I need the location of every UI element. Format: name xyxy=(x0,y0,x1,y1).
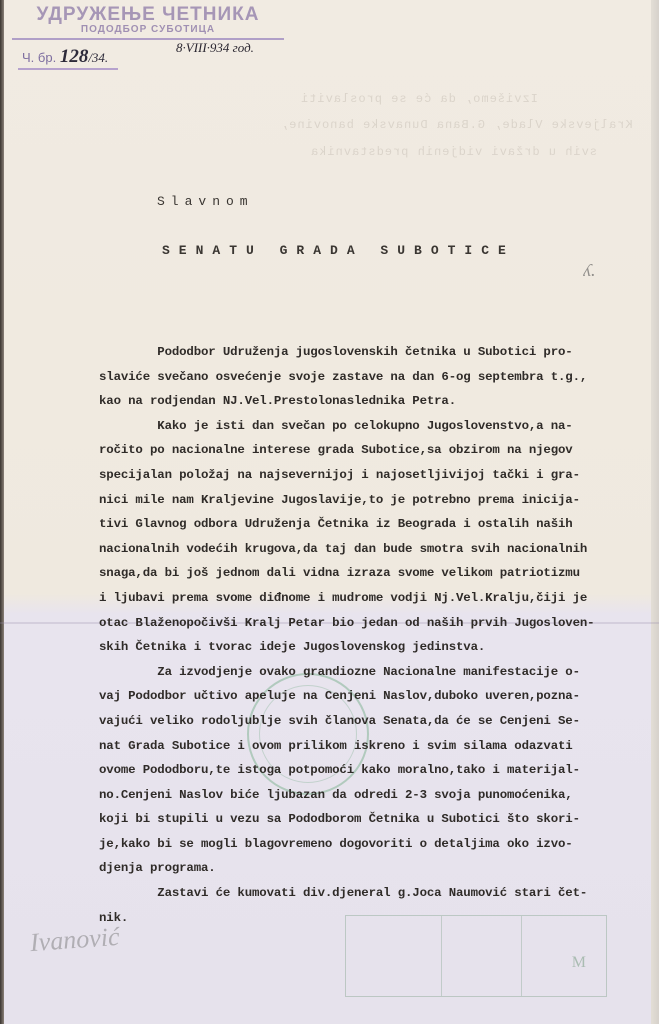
reference-number: Ч. бр. 128/34. xyxy=(22,46,108,68)
text-line: specijalan položaj na najsevernijoj i na… xyxy=(99,463,659,488)
text-line: ročito po nacionalne interese grada Subo… xyxy=(99,438,659,463)
text-line: Za izvodjenje ovako grandiozne Nacionaln… xyxy=(99,660,659,685)
text-line: ovome Pododboru,te istoga potpomoći kako… xyxy=(99,758,659,783)
text-line: nat Grada Subotice i ovom prilikom iskre… xyxy=(99,734,659,759)
text-line: vaj Pododbor učtivo apeluje na Cenjeni N… xyxy=(99,684,659,709)
reference-suffix: /34. xyxy=(88,50,108,65)
text-line: vajući veliko rodoljublje svih članova S… xyxy=(99,709,659,734)
bleed-through-line: Izvišemo, da će se proslaviti xyxy=(300,92,538,106)
paragraph-4: Zastavi će kumovati div.djeneral g.Joca … xyxy=(99,881,659,930)
page-edge-left xyxy=(0,0,4,1024)
text-line: nacionalnih vodećih krugova,da taj dan b… xyxy=(99,537,659,562)
text-line: Zastavi će kumovati div.djeneral g.Joca … xyxy=(99,881,659,906)
letterhead-suborganization: ПОДОДБОР СУБОТИЦА xyxy=(18,24,278,35)
bleed-through-line: Kraljevske Vlade, G.Bana Dunavske banovi… xyxy=(280,118,633,132)
text-line: snaga,da bi još jednom dali vidna izraza… xyxy=(99,561,659,586)
reference-underline xyxy=(18,68,118,70)
text-line: Pododbor Udruženja jugoslovenskih četnik… xyxy=(99,340,659,365)
text-line: nik. xyxy=(99,906,659,931)
document-page: Izvišemo, da će se proslaviti Kraljevske… xyxy=(0,0,659,1024)
paragraph-3: Za izvodjenje ovako grandiozne Nacionaln… xyxy=(99,660,659,881)
text-line: i ljubavi prema svome diđnome i mudrome … xyxy=(99,586,659,611)
letterhead-organization: УДРУЖЕЊЕ ЧЕТНИКА xyxy=(18,4,278,26)
reference-number-handwritten: 128 xyxy=(60,46,89,67)
pencil-margin-mark: ʎ. xyxy=(583,260,596,281)
addressee-heading: SENATU GRADA SUBOTICE xyxy=(162,243,515,258)
text-line: kao na rodjendan NJ.Vel.Prestolonasledni… xyxy=(99,389,659,414)
text-line: je,kako bi se mogli blagovremeno dogovor… xyxy=(99,832,659,857)
reference-prefix: Ч. бр. xyxy=(22,50,56,65)
handwritten-date: 8·VIII·934 год. xyxy=(176,40,254,56)
bleed-through-line: svih u državi vidjenih predstavnika xyxy=(310,145,597,159)
text-line: no.Cenjeni Naslov biće ljubazan da odred… xyxy=(99,783,659,808)
paragraph-1: Pododbor Udruženja jugoslovenskih četnik… xyxy=(99,340,659,414)
letter-body: Pododbor Udruženja jugoslovenskih četnik… xyxy=(99,340,659,930)
text-line: djenja programa. xyxy=(99,856,659,881)
text-line: skih Četnika i tvorac ideje Jugoslovensk… xyxy=(99,635,659,660)
text-line: nici mile nam Kraljevine Jugoslavije,to … xyxy=(99,488,659,513)
text-line: tivi Glavnog odbora Udruženja Četnika iz… xyxy=(99,512,659,537)
letterhead-stamp: УДРУЖЕЊЕ ЧЕТНИКА ПОДОДБОР СУБОТИЦА xyxy=(18,4,278,40)
salutation: Slavnom xyxy=(157,194,254,209)
text-line: otac Blaženopočivši Kralj Petar bio jeda… xyxy=(99,611,659,636)
text-line: koji bi stupili u vezu sa Pododborom Čet… xyxy=(99,807,659,832)
stamp-letter: M xyxy=(572,954,586,972)
text-line: Kako je isti dan svečan po celokupno Jug… xyxy=(99,414,659,439)
text-line: slaviće svečano osvećenje svoje zastave … xyxy=(99,365,659,390)
paragraph-2: Kako je isti dan svečan po celokupno Jug… xyxy=(99,414,659,660)
